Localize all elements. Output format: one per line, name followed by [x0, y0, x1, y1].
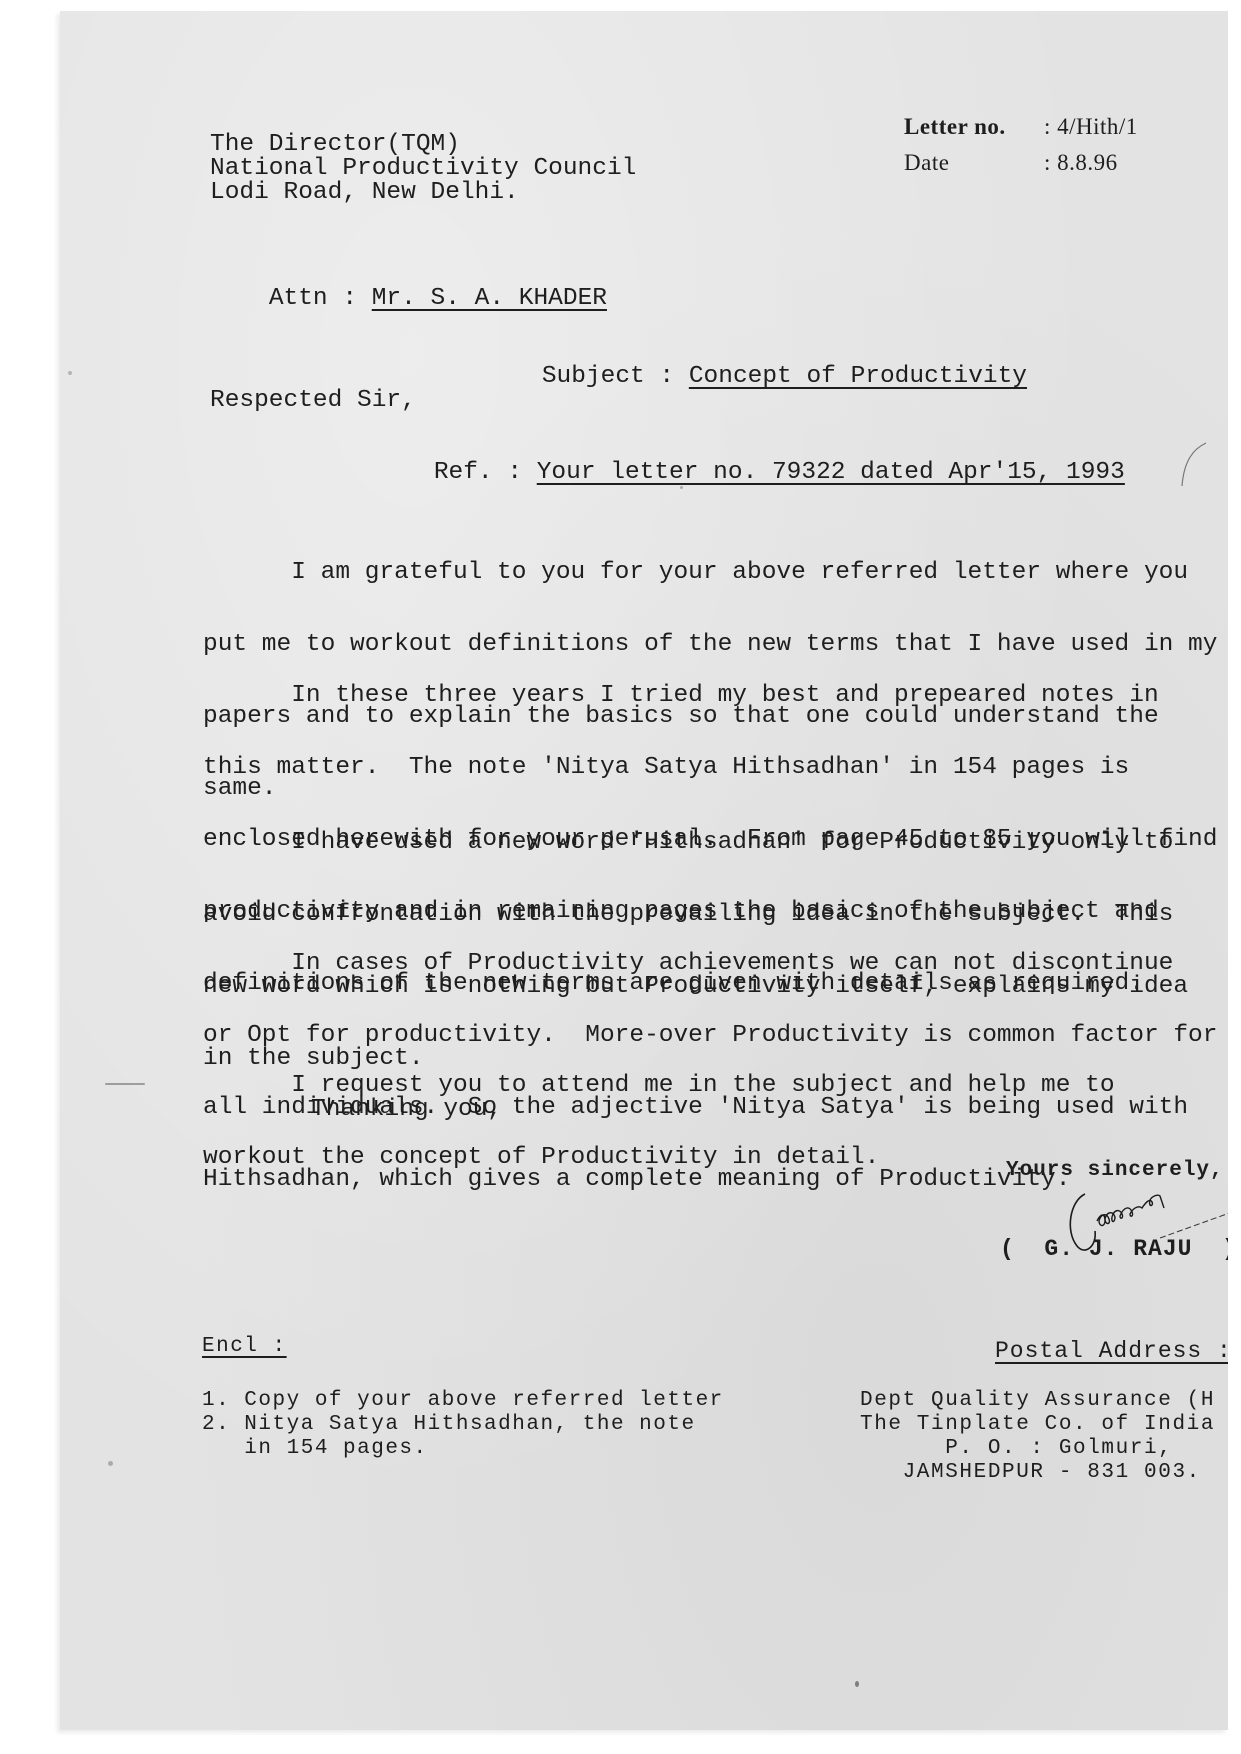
enclosures-label: Encl : [202, 1335, 287, 1359]
signatory-name: ( G. J. RAJU ) [1000, 1237, 1228, 1261]
postal-address-line: JAMSHEDPUR - 831 003. [860, 1461, 1201, 1485]
postal-address-line: P. O. : Golmuri, [860, 1437, 1172, 1461]
postal-address-label: Postal Address : [995, 1339, 1228, 1363]
reference-line: Ref. : Your letter no. 79322 dated Apr'1… [375, 437, 1125, 509]
subject-line: Subject : Concept of Productivity [483, 341, 1027, 413]
enclosure-item: 1. Copy of your above referred letter [202, 1389, 724, 1413]
scan-mark [105, 1083, 145, 1085]
date-value: : 8.8.96 [1044, 151, 1118, 175]
attn-name: Mr. S. A. KHADER [372, 285, 607, 312]
letter-no-label: Letter no. [904, 115, 1006, 139]
recipient-line: National Productivity Council [210, 157, 636, 181]
closing: Thanking you, [311, 1098, 502, 1122]
letter-no-value: : 4/Hith/1 [1044, 115, 1138, 139]
scan-speck [855, 1681, 859, 1687]
enclosure-item: in 154 pages. [202, 1437, 428, 1461]
postal-address-line: The Tinplate Co. of India [860, 1413, 1215, 1437]
enclosure-item: 2. Nitya Satya Hithsadhan, the note [202, 1413, 696, 1437]
signoff: Yours sincerely, [1006, 1159, 1224, 1183]
salutation: Respected Sir, [210, 389, 416, 413]
recipient-line: Lodi Road, New Delhi. [210, 181, 519, 205]
subject-value: Concept of Productivity [689, 363, 1027, 390]
date-label: Date [904, 151, 949, 175]
attention-line: Attn : Mr. S. A. KHADER [210, 263, 607, 335]
attn-label: Attn : [269, 285, 372, 312]
scan-speck [68, 371, 72, 375]
scan-speck [680, 486, 683, 489]
letter-page: The Director(TQM) National Productivity … [60, 11, 1228, 1730]
postal-address-line: Dept Quality Assurance (H [860, 1389, 1215, 1413]
subject-label: Subject : [542, 363, 689, 390]
ref-label: Ref. : [434, 459, 537, 486]
recipient-line: The Director(TQM) [210, 133, 460, 157]
pen-stroke-mark [1178, 441, 1208, 491]
scan-speck [108, 1461, 113, 1466]
ref-value: Your letter no. 79322 dated Apr'15, 1993 [537, 459, 1125, 486]
